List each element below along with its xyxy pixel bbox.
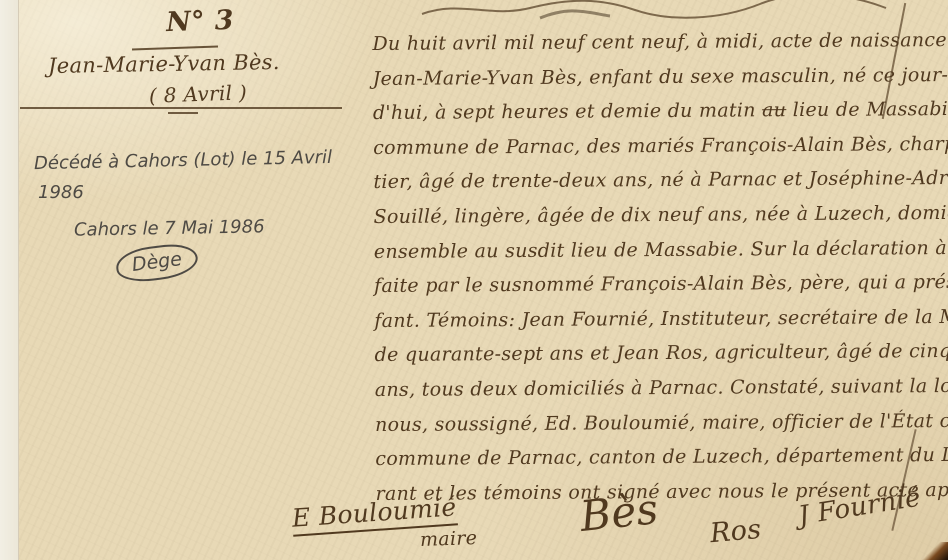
act-line: nous, soussigné, Ed. Bouloumié, maire, o… xyxy=(375,404,948,443)
act-line: Du huit avril mil neuf cent neuf, à midi… xyxy=(372,23,946,62)
act-line-segment: d'hui, à sept heures et demie du matin xyxy=(373,99,762,124)
margin-child-name: Jean-Marie-Yvan Bès. xyxy=(48,50,280,78)
act-line: de quarante-sept ans et Jean Ros, agricu… xyxy=(374,334,948,373)
death-marginal-note-line2: 1986 xyxy=(38,182,84,203)
death-marginal-note-line3: Cahors le 7 Mai 1986 xyxy=(74,216,265,240)
witness-signature-ros: Ros xyxy=(709,514,763,549)
previous-entry-stroke-fragment xyxy=(420,0,890,22)
act-number: N° 3 xyxy=(120,3,281,40)
act-line: Souillé, lingère, âgée de dix neuf ans, … xyxy=(374,196,948,235)
margin-divider-rule xyxy=(20,107,342,109)
margin-birth-date: ( 8 Avril ) xyxy=(118,79,279,109)
act-line: ans, tous deux domiciliés à Parnac. Cons… xyxy=(375,369,948,408)
register-page: N° 3 Jean-Marie-Yvan Bès. ( 8 Avril ) Dé… xyxy=(0,0,948,560)
father-signature: Bès xyxy=(578,484,661,541)
act-number-underline xyxy=(132,45,218,50)
act-line: d'hui, à sept heures et demie du matin a… xyxy=(373,92,947,131)
mayor-title: maire xyxy=(420,527,478,551)
act-line: faite par le susnommé François-Alain Bès… xyxy=(374,265,948,304)
act-line: tier, âgé de trente-deux ans, né à Parna… xyxy=(373,161,947,200)
registrar-stamp-signature: Dège xyxy=(114,241,200,285)
margin-divider-tick xyxy=(168,112,198,114)
act-line: Jean-Marie-Yvan Bès, enfant du sexe masc… xyxy=(373,58,947,97)
act-line: commune de Parnac, canton de Luzech, dép… xyxy=(375,438,948,477)
act-line: ensemble au susdit lieu de Massabie. Sur… xyxy=(374,231,948,270)
page-corner-shadow xyxy=(922,542,948,560)
death-marginal-note-line1: Décédé à Cahors (Lot) le 15 Avril xyxy=(34,147,332,174)
struck-through-word: au xyxy=(762,99,786,121)
page-left-edge xyxy=(0,0,19,560)
act-line: fant. Témoins: Jean Fournié, Instituteur… xyxy=(374,300,948,339)
act-line-segment: lieu de Massabie xyxy=(786,98,948,121)
act-body-text: Du huit avril mil neuf cent neuf, à midi… xyxy=(372,23,948,511)
act-line: commune de Parnac, des mariés François-A… xyxy=(373,127,947,166)
